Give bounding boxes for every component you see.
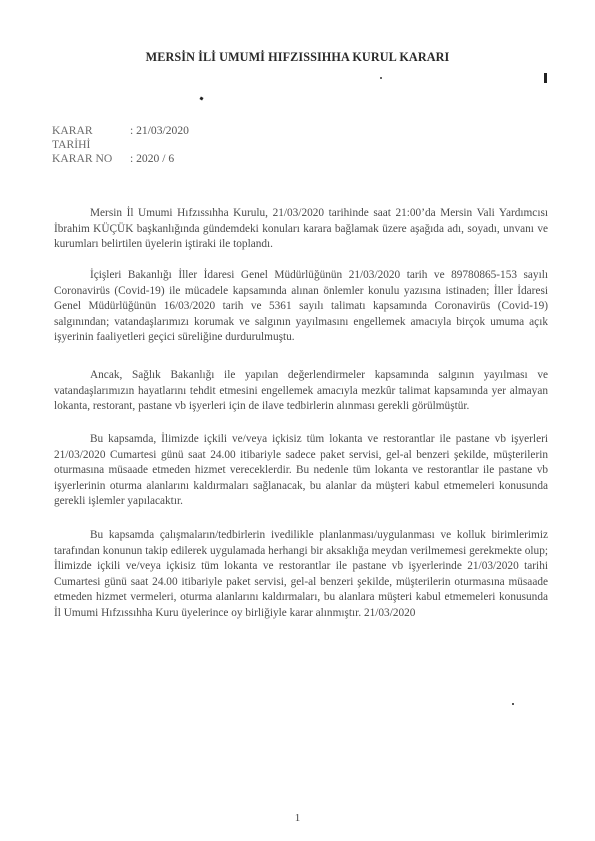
decision-number-row: KARAR NO : 2020 / 6 [52, 152, 189, 166]
decision-date-value: : 21/03/2020 [130, 124, 189, 152]
paragraph-text: İçişleri Bakanlığı İller İdaresi Genel M… [54, 268, 548, 346]
paragraph-text: Mersin İl Umumi Hıfzıssıhha Kurulu, 21/0… [54, 206, 548, 253]
scan-artifact [544, 73, 547, 83]
page-number: 1 [0, 812, 595, 824]
scan-artifact [380, 77, 382, 79]
decision-date-row: KARAR TARİHİ : 21/03/2020 [52, 124, 189, 152]
scan-artifact [512, 703, 514, 705]
decision-number-value: : 2020 / 6 [130, 152, 174, 166]
paragraph-text: Bu kapsamda, İlimizde içkili ve/veya içk… [54, 432, 548, 510]
paragraph-decision: Bu kapsamda çalışmaların/tedbirlerin ive… [54, 528, 548, 622]
decision-number-label: KARAR NO [52, 152, 130, 166]
paragraph-health-ministry: Ancak, Sağlık Bakanlığı ile yapılan değe… [54, 368, 548, 415]
decision-meta: KARAR TARİHİ : 21/03/2020 KARAR NO : 202… [52, 124, 189, 166]
paragraph-text: Bu kapsamda çalışmaların/tedbirlerin ive… [54, 528, 548, 622]
decision-date-label: KARAR TARİHİ [52, 124, 130, 152]
document-title: MERSİN İLİ UMUMİ HIFZISSIHHA KURUL KARAR… [0, 50, 595, 65]
paragraph-meeting: Mersin İl Umumi Hıfzıssıhha Kurulu, 21/0… [54, 206, 548, 253]
scan-artifact [199, 96, 203, 100]
paragraph-text: Ancak, Sağlık Bakanlığı ile yapılan değe… [54, 368, 548, 415]
paragraph-measures: Bu kapsamda, İlimizde içkili ve/veya içk… [54, 432, 548, 510]
paragraph-ministry-directive: İçişleri Bakanlığı İller İdaresi Genel M… [54, 268, 548, 346]
